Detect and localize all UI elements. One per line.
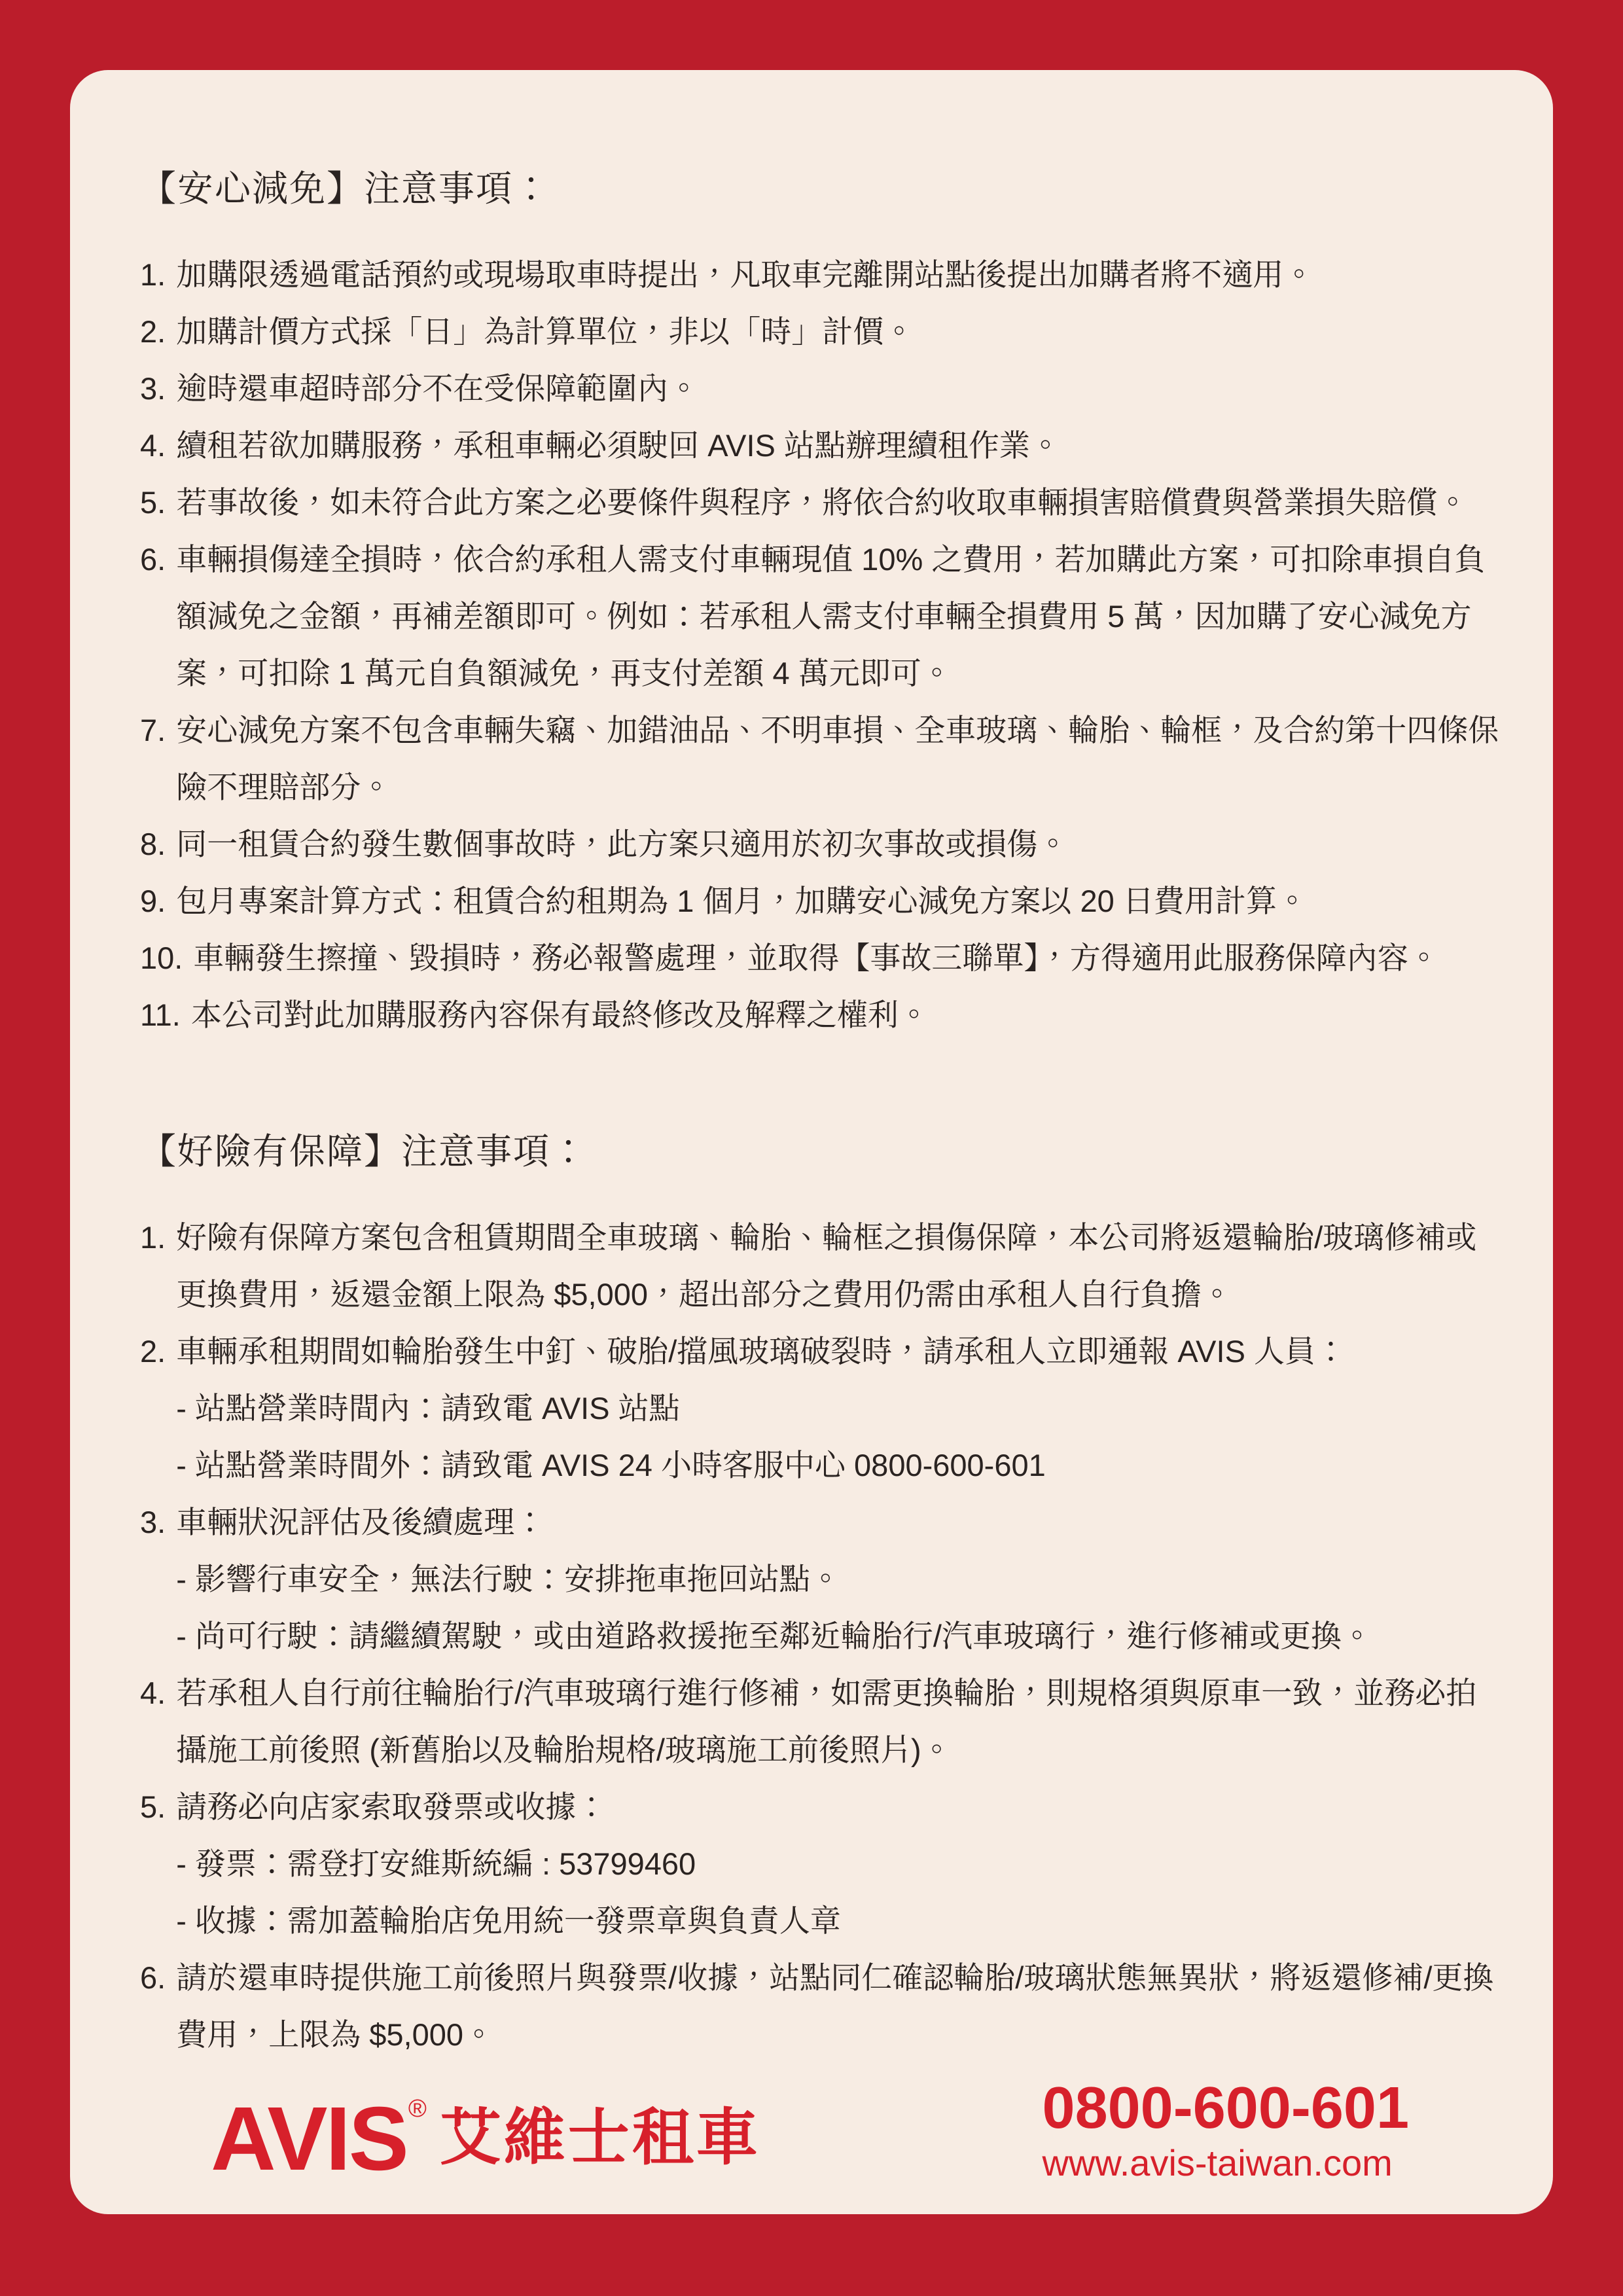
item-body: 車輛損傷達全損時，依合約承租人需支付車輛現值 10% 之費用，若加購此方案，可扣… bbox=[176, 531, 1502, 702]
item-text: 若事故後，如未符合此方案之必要條件與程序，將依合約收取車輛損害賠償費與營業損失賠… bbox=[176, 485, 1468, 520]
item-text: 若承租人自行前往輪胎行/汽車玻璃行進行修補，如需更換輪胎，則規格須與原車一致，並… bbox=[176, 1676, 1476, 1767]
item-body: 若承租人自行前往輪胎行/汽車玻璃行進行修補，如需更換輪胎，則規格須與原車一致，並… bbox=[176, 1664, 1502, 1778]
item-text: 好險有保障方案包含租賃期間全車玻璃、輪胎、輪框之損傷保障，本公司將返還輪胎/玻璃… bbox=[176, 1220, 1476, 1312]
avis-chinese-name: 艾維士租車 bbox=[440, 2107, 760, 2168]
item-text: 本公司對此加購服務內容保有最終修改及解釋之權利。 bbox=[191, 997, 929, 1032]
notice-item: 11.本公司對此加購服務內容保有最終修改及解釋之權利。 bbox=[140, 986, 1502, 1043]
section-title-anxin: 【安心減免】注意事項： bbox=[140, 160, 1502, 217]
item-text: 加購計價方式採「日」為計算單位，非以「時」計價。 bbox=[176, 314, 914, 349]
notice-item: 10.車輛發生擦撞、毀損時，務必報警處理，並取得【事故三聯單】，方得適用此服務保… bbox=[140, 929, 1502, 986]
section-anxin-jianmian: 【安心減免】注意事項： 1.加購限透過電話預約或現場取車時提出，凡取車完離開站點… bbox=[140, 160, 1502, 1043]
notice-item: 5.請務必向店家索取發票或收據：- 發票：需登打安維斯統編 : 53799460… bbox=[140, 1778, 1502, 1949]
notice-item: 7.安心減免方案不包含車輛失竊、加錯油品、不明車損、全車玻璃、輪胎、輪框，及合約… bbox=[140, 702, 1502, 816]
notice-item: 3.車輛狀況評估及後續處理：- 影響行車安全，無法行駛：安排拖車拖回站點。- 尚… bbox=[140, 1494, 1502, 1664]
notice-item: 1.好險有保障方案包含租賃期間全車玻璃、輪胎、輪框之損傷保障，本公司將返還輪胎/… bbox=[140, 1209, 1502, 1323]
avis-notice-poster: { "page": { "colors": { "background_red"… bbox=[0, 0, 1623, 2296]
item-text: 車輛狀況評估及後續處理： bbox=[176, 1505, 545, 1539]
notice-list-haoxian: 1.好險有保障方案包含租賃期間全車玻璃、輪胎、輪框之損傷保障，本公司將返還輪胎/… bbox=[140, 1209, 1502, 2063]
notice-item: 3.逾時還車超時部分不在受保障範圍內。 bbox=[140, 360, 1502, 417]
item-body: 若事故後，如未符合此方案之必要條件與程序，將依合約收取車輛損害賠償費與營業損失賠… bbox=[176, 474, 1502, 531]
item-number: 6. bbox=[140, 531, 166, 588]
item-body: 加購計價方式採「日」為計算單位，非以「時」計價。 bbox=[176, 303, 1502, 360]
item-number: 5. bbox=[140, 1778, 166, 1835]
item-sub-line: - 尚可行駛：請繼續駕駛，或由道路救援拖至鄰近輪胎行/汽車玻璃行，進行修補或更換… bbox=[176, 1607, 1502, 1664]
notice-item: 4.續租若欲加購服務，承租車輛必須駛回 AVIS 站點辦理續租作業。 bbox=[140, 417, 1502, 474]
registered-trademark-icon: ® bbox=[408, 2096, 427, 2121]
item-number: 11. bbox=[140, 986, 181, 1043]
notice-item: 6.車輛損傷達全損時，依合約承租人需支付車輛現值 10% 之費用，若加購此方案，… bbox=[140, 531, 1502, 702]
item-number: 9. bbox=[140, 872, 166, 929]
notice-item: 1.加購限透過電話預約或現場取車時提出，凡取車完離開站點後提出加購者將不適用。 bbox=[140, 246, 1502, 303]
notice-item: 4.若承租人自行前往輪胎行/汽車玻璃行進行修補，如需更換輪胎，則規格須與原車一致… bbox=[140, 1664, 1502, 1778]
notice-item: 2.車輛承租期間如輪胎發生中釘、破胎/擋風玻璃破裂時，請承租人立即通報 AVIS… bbox=[140, 1323, 1502, 1494]
notice-item: 2.加購計價方式採「日」為計算單位，非以「時」計價。 bbox=[140, 303, 1502, 360]
avis-wordmark: AVIS bbox=[211, 2094, 407, 2184]
item-body: 加購限透過電話預約或現場取車時提出，凡取車完離開站點後提出加購者將不適用。 bbox=[176, 246, 1502, 303]
item-number: 8. bbox=[140, 816, 166, 872]
item-text: 車輛發生擦撞、毀損時，務必報警處理，並取得【事故三聯單】，方得適用此服務保障內容… bbox=[193, 941, 1439, 975]
item-body: 同一租賃合約發生數個事故時，此方案只適用於初次事故或損傷。 bbox=[176, 816, 1502, 872]
item-number: 4. bbox=[140, 1664, 166, 1721]
item-body: 請於還車時提供施工前後照片與發票/收據，站點同仁確認輪胎/玻璃狀態無異狀，將返還… bbox=[176, 1949, 1502, 2063]
item-body: 包月專案計算方式：租賃合約租期為 1 個月，加購安心減免方案以 20 日費用計算… bbox=[176, 872, 1502, 929]
item-body: 好險有保障方案包含租賃期間全車玻璃、輪胎、輪框之損傷保障，本公司將返還輪胎/玻璃… bbox=[176, 1209, 1502, 1323]
phone-number: 0800-600-601 bbox=[1043, 2077, 1409, 2140]
item-number: 2. bbox=[140, 303, 166, 360]
item-number: 5. bbox=[140, 474, 166, 531]
item-sub-line: - 發票：需登打安維斯統編 : 53799460 bbox=[176, 1835, 1502, 1892]
item-number: 1. bbox=[140, 1209, 166, 1266]
item-sub-line: - 收據：需加蓋輪胎店免用統一發票章與負責人章 bbox=[176, 1892, 1502, 1949]
notice-content: 【安心減免】注意事項： 1.加購限透過電話預約或現場取車時提出，凡取車完離開站點… bbox=[140, 160, 1502, 2063]
item-number: 4. bbox=[140, 417, 166, 474]
item-body: 安心減免方案不包含車輛失竊、加錯油品、不明車損、全車玻璃、輪胎、輪框，及合約第十… bbox=[176, 702, 1502, 816]
item-text: 加購限透過電話預約或現場取車時提出，凡取車完離開站點後提出加購者將不適用。 bbox=[176, 257, 1314, 292]
item-sub-line: - 影響行車安全，無法行駛：安排拖車拖回站點。 bbox=[176, 1551, 1502, 1607]
item-text: 同一租賃合約發生數個事故時，此方案只適用於初次事故或損傷。 bbox=[176, 827, 1068, 861]
item-number: 3. bbox=[140, 1494, 166, 1551]
contact-block: 0800-600-601 www.avis-taiwan.com bbox=[1043, 2077, 1409, 2184]
poster-page: 【安心減免】注意事項： 1.加購限透過電話預約或現場取車時提出，凡取車完離開站點… bbox=[70, 70, 1553, 2214]
footer: AVIS ® 艾維士租車 0800-600-601 www.avis-taiwa… bbox=[211, 2077, 1409, 2184]
notice-item: 5.若事故後，如未符合此方案之必要條件與程序，將依合約收取車輛損害賠償費與營業損… bbox=[140, 474, 1502, 531]
item-text: 車輛承租期間如輪胎發生中釘、破胎/擋風玻璃破裂時，請承租人立即通報 AVIS 人… bbox=[176, 1334, 1346, 1369]
item-text: 請務必向店家索取發票或收據： bbox=[176, 1789, 607, 1824]
item-sub-line: - 站點營業時間內：請致電 AVIS 站點 bbox=[176, 1380, 1502, 1437]
notice-item: 9.包月專案計算方式：租賃合約租期為 1 個月，加購安心減免方案以 20 日費用… bbox=[140, 872, 1502, 929]
item-text: 車輛損傷達全損時，依合約承租人需支付車輛現值 10% 之費用，若加購此方案，可扣… bbox=[176, 542, 1485, 691]
item-body: 續租若欲加購服務，承租車輛必須駛回 AVIS 站點辦理續租作業。 bbox=[176, 417, 1502, 474]
item-number: 2. bbox=[140, 1323, 166, 1380]
website-url: www.avis-taiwan.com bbox=[1043, 2142, 1409, 2184]
item-text: 請於還車時提供施工前後照片與發票/收據，站點同仁確認輪胎/玻璃狀態無異狀，將返還… bbox=[176, 1960, 1493, 2052]
item-text: 續租若欲加購服務，承租車輛必須駛回 AVIS 站點辦理續租作業。 bbox=[176, 428, 1061, 463]
item-body: 本公司對此加購服務內容保有最終修改及解釋之權利。 bbox=[191, 986, 1502, 1043]
item-text: 逾時還車超時部分不在受保障範圍內。 bbox=[176, 371, 699, 406]
notice-item: 8.同一租賃合約發生數個事故時，此方案只適用於初次事故或損傷。 bbox=[140, 816, 1502, 872]
item-sub-line: - 站點營業時間外：請致電 AVIS 24 小時客服中心 0800-600-60… bbox=[176, 1437, 1502, 1494]
item-body: 逾時還車超時部分不在受保障範圍內。 bbox=[176, 360, 1502, 417]
item-body: 車輛狀況評估及後續處理：- 影響行車安全，無法行駛：安排拖車拖回站點。- 尚可行… bbox=[176, 1494, 1502, 1664]
item-number: 7. bbox=[140, 702, 166, 759]
notice-item: 6.請於還車時提供施工前後照片與發票/收據，站點同仁確認輪胎/玻璃狀態無異狀，將… bbox=[140, 1949, 1502, 2063]
section-haoxian-baozhang: 【好險有保障】注意事項： 1.好險有保障方案包含租賃期間全車玻璃、輪胎、輪框之損… bbox=[140, 1123, 1502, 2063]
item-body: 車輛承租期間如輪胎發生中釘、破胎/擋風玻璃破裂時，請承租人立即通報 AVIS 人… bbox=[176, 1323, 1502, 1494]
item-number: 1. bbox=[140, 246, 166, 303]
notice-list-anxin: 1.加購限透過電話預約或現場取車時提出，凡取車完離開站點後提出加購者將不適用。2… bbox=[140, 246, 1502, 1043]
item-number: 3. bbox=[140, 360, 166, 417]
item-body: 車輛發生擦撞、毀損時，務必報警處理，並取得【事故三聯單】，方得適用此服務保障內容… bbox=[193, 929, 1502, 986]
item-body: 請務必向店家索取發票或收據：- 發票：需登打安維斯統編 : 53799460- … bbox=[176, 1778, 1502, 1949]
item-number: 6. bbox=[140, 1949, 166, 2006]
item-text: 包月專案計算方式：租賃合約租期為 1 個月，加購安心減免方案以 20 日費用計算… bbox=[176, 884, 1308, 918]
item-number: 10. bbox=[140, 929, 183, 986]
item-text: 安心減免方案不包含車輛失竊、加錯油品、不明車損、全車玻璃、輪胎、輪框，及合約第十… bbox=[176, 713, 1499, 804]
section-title-haoxian: 【好險有保障】注意事項： bbox=[140, 1123, 1502, 1180]
avis-logo: AVIS ® 艾維士租車 bbox=[211, 2094, 760, 2184]
